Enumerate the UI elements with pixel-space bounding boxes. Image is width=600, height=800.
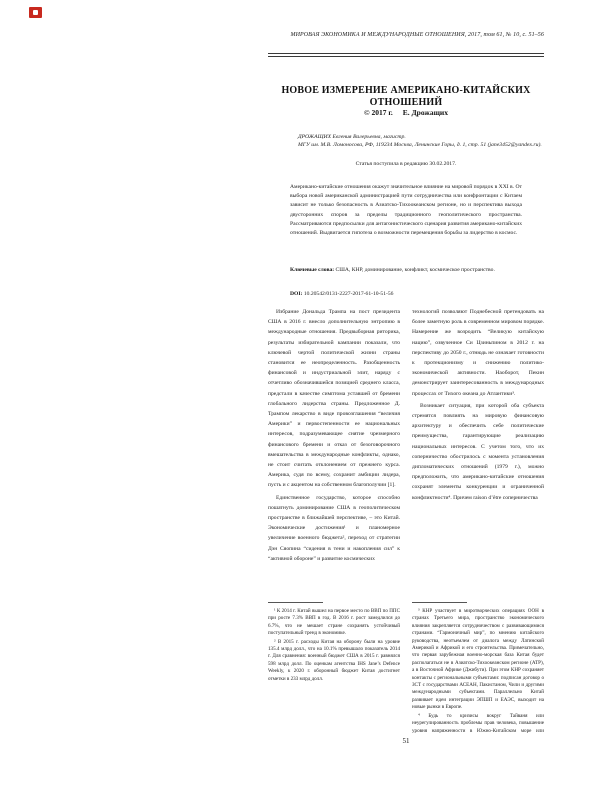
doi-label: DOI:	[290, 291, 302, 297]
author-affiliation: МГУ им. М.В. Ломоносова, РФ, 119234 Моск…	[298, 141, 544, 149]
footnote: ¹ К 2014 г. Китай вышел на первое место …	[268, 608, 400, 638]
doi-text: 10.20542/0131-2227-2017-61-10-51-56	[302, 291, 393, 297]
author-name: Е. Дрожащих	[403, 108, 448, 117]
footnote: ² В 2015 г. расходы Китая на оборону был…	[268, 639, 400, 683]
footnote-divider-right	[412, 602, 467, 603]
paper-page: МИРОВАЯ ЭКОНОМИКА И МЕЖДУНАРОДНЫЕ ОТНОШЕ…	[0, 0, 600, 800]
body-paragraph: Избрание Дональда Трампа на пост президе…	[268, 307, 400, 491]
red-stamp-icon	[29, 7, 42, 18]
footnotes-right: ³ КНР участвует в миротворческих операци…	[412, 608, 544, 734]
page-title: НОВОЕ ИЗМЕРЕНИЕ АМЕРИКАНО-КИТАЙСКИХ ОТНО…	[268, 85, 544, 109]
body-paragraph: технологий позволяют Поднебесной претенд…	[412, 307, 544, 399]
header-divider	[268, 53, 544, 57]
keywords-text: США, КНР, доминирование, конфликт, косми…	[334, 267, 495, 273]
body-column-right: технологий позволяют Поднебесной претенд…	[412, 307, 544, 599]
journal-header: МИРОВАЯ ЭКОНОМИКА И МЕЖДУНАРОДНЫЕ ОТНОШЕ…	[268, 32, 544, 39]
keywords-line: Ключевые слова: США, КНР, доминирование,…	[290, 266, 522, 274]
page-number: 51	[268, 737, 544, 745]
keywords-label: Ключевые слова:	[290, 267, 334, 273]
copyright-line: © 2017 г.Е. Дрожащих	[268, 108, 544, 117]
footnote: ⁴ Будь то кризисы вокруг Тайваня или неу…	[412, 713, 544, 734]
body-paragraph: Единственное государство, которое способ…	[268, 493, 400, 564]
footnote-divider-left	[268, 602, 323, 603]
doi-line: DOI: 10.20542/0131-2227-2017-61-10-51-56	[290, 290, 522, 298]
body-paragraph: Возникает ситуация, при которой оба субъ…	[412, 401, 544, 503]
footnotes-left: ¹ К 2014 г. Китай вышел на первое место …	[268, 608, 400, 734]
author-block: ДРОЖАЩИХ Евгения Валерьевна, магистр. МГ…	[298, 133, 544, 149]
body-column-left: Избрание Дональда Трампа на пост президе…	[268, 307, 400, 599]
received-line: Статья поступила в редакцию 30.02.2017.	[268, 160, 544, 168]
abstract-text: Американо-китайские отношения окажут зна…	[290, 183, 522, 238]
footnote: ³ КНР участвует в миротворческих операци…	[412, 608, 544, 712]
copyright-year: © 2017 г.	[364, 108, 393, 117]
author-credentials: ДРОЖАЩИХ Евгения Валерьевна, магистр.	[298, 133, 544, 141]
